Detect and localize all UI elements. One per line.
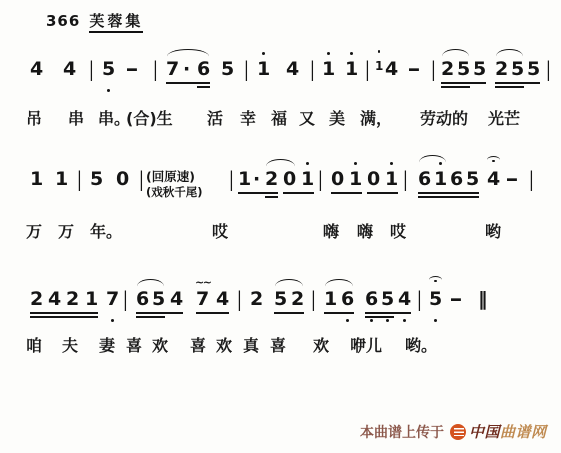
lyric-syllable: 满， [360, 106, 392, 129]
lyric-syllable: 美 [329, 106, 345, 129]
note-digit: 2 [291, 288, 304, 310]
final-barline: ‖ [478, 288, 488, 310]
notation-line: 11|50|(回原速)(戏秋千尾)|1·201|0101|61654-| [0, 168, 561, 210]
beam-line [30, 312, 98, 314]
note-digit: 6 [418, 168, 431, 190]
dash-extension: - [449, 288, 462, 310]
note-digit: 5 [221, 58, 234, 80]
dash-extension: - [505, 168, 518, 190]
lyric-syllable: 哎 [390, 219, 406, 242]
lyric-syllable: 嗨 [323, 219, 339, 242]
sheet-music-page: 366芙蓉集 44|5-|7·65|14|11|14-|255255|吊串串。(… [0, 0, 561, 453]
lyric-syllable: 哎 [212, 219, 228, 242]
page-number: 366 [46, 12, 80, 30]
lyric-syllable: (合)生 [126, 106, 173, 129]
note-digit: 2 [441, 58, 454, 80]
beam-line [418, 196, 479, 198]
beam-line [136, 316, 165, 318]
note-digit: 2 [250, 288, 263, 310]
note-digit: 2 [495, 58, 508, 80]
note-digit: 1 [345, 58, 358, 80]
note-digit: 1 [385, 168, 398, 190]
beam-line [331, 192, 362, 194]
upload-note-text: 本曲谱上传于 [360, 422, 444, 442]
augmentation-dot: · [183, 58, 190, 80]
beam-line [197, 86, 210, 88]
barline: | [403, 168, 408, 190]
note-digit: 4 [286, 58, 299, 80]
beam-line [495, 82, 540, 84]
lyric-syllable: 光芒 [488, 106, 520, 129]
barline: | [237, 288, 242, 310]
watermark: 本曲谱上传于 中国 曲谱网 [360, 421, 547, 442]
fermata-icon [429, 276, 442, 284]
note-digit: 5 [527, 58, 540, 80]
note-digit: 5 [102, 58, 115, 80]
fermata-icon [487, 156, 500, 164]
note-digit: 6 [365, 288, 378, 310]
beam-line [365, 312, 411, 314]
section-label: (戏秋千尾) [146, 185, 203, 199]
beam-line [365, 316, 394, 318]
grace-note: 1 [375, 55, 383, 77]
note-digit: 1 [257, 58, 270, 80]
barline: | [365, 58, 370, 80]
site-name-cn: 中国 [469, 421, 500, 442]
slur-arc [325, 279, 353, 288]
augmentation-dot: · [253, 168, 260, 190]
beam-line [418, 192, 479, 194]
note-digit: 5 [274, 288, 287, 310]
beam-line [441, 82, 486, 84]
lyric-syllable: 喜 [190, 333, 206, 356]
note-digit: 7~~ [196, 288, 209, 310]
lyric-syllable: 年。 [90, 219, 122, 242]
note-digit: 4 [385, 58, 398, 80]
lyric-syllable: 欢 [152, 333, 168, 356]
note-digit: 1 [238, 168, 251, 190]
note-digit: 4 [48, 288, 61, 310]
note-digit: 0 [331, 168, 344, 190]
note-digit: 1 [30, 168, 43, 190]
lyric-syllable: 真 [243, 333, 259, 356]
note-digit: 7 [106, 288, 119, 310]
barline: | [229, 168, 234, 190]
qupu-logo-icon [450, 424, 466, 440]
lyric-syllable: 妻 [99, 333, 115, 356]
beam-line [367, 192, 398, 194]
note-digit: 0 [283, 168, 296, 190]
slur-arc [167, 49, 209, 58]
note-digit: 5 [466, 168, 479, 190]
lyric-syllable: 哟。 [405, 333, 437, 356]
lyric-syllable: 嗨 [357, 219, 373, 242]
site-name-rest: 曲谱网 [500, 421, 547, 442]
note-digit: 6 [136, 288, 149, 310]
note-digit: 4 [398, 288, 411, 310]
barline: | [529, 168, 534, 190]
slur-arc [275, 279, 303, 288]
dash-extension: - [407, 58, 420, 80]
barline: | [139, 168, 144, 190]
lyric-syllable: 欢 [216, 333, 232, 356]
note-digit: 5 [457, 58, 470, 80]
barline: | [89, 58, 94, 80]
note-digit: 0 [367, 168, 380, 190]
lyric-syllable: 喜 [270, 333, 286, 356]
beam-line [495, 86, 524, 88]
note-digit: 5 [511, 58, 524, 80]
lyric-syllable: 劳动的 [420, 106, 468, 129]
lyric-syllable: 福 [271, 106, 287, 129]
collection-header: 366芙蓉集 [46, 10, 143, 31]
note-digit: 4 [487, 168, 500, 190]
beam-line [238, 192, 278, 194]
note-digit: 4 [170, 288, 183, 310]
collection-title: 芙蓉集 [89, 12, 143, 33]
lyric-syllable: 活 [207, 106, 223, 129]
slur-arc [137, 279, 164, 288]
note-digit: 5 [90, 168, 103, 190]
slur-arc [496, 49, 523, 58]
beam-line [166, 82, 210, 84]
beam-line [265, 196, 278, 198]
note-digit: 4 [216, 288, 229, 310]
slur-arc [442, 49, 469, 58]
barline: | [244, 58, 249, 80]
lyric-line: 咱夫妻喜欢喜欢真喜欢咿儿哟。 [0, 333, 561, 355]
note-digit: 6 [341, 288, 354, 310]
lyric-syllable: 咱 [26, 333, 42, 356]
lyric-syllable: 咿儿 [350, 333, 382, 356]
lyric-syllable: 万 [26, 219, 42, 242]
note-digit: 2 [265, 168, 278, 190]
barline: | [546, 58, 551, 80]
slur-arc [419, 155, 446, 164]
beam-line [274, 312, 304, 314]
barline: | [123, 288, 128, 310]
note-digit: 1 [85, 288, 98, 310]
barline: | [153, 58, 158, 80]
tempo-text: (回原速) [146, 169, 203, 185]
note-digit: 2 [30, 288, 43, 310]
lyric-syllable: 万 [58, 219, 74, 242]
notation-line: 24217|6547~~4|252|16654|5-‖ [0, 288, 561, 330]
notation-line: 44|5-|7·65|14|11|14-|255255| [0, 58, 561, 100]
note-digit: 1 [349, 168, 362, 190]
note-digit: 1 [322, 58, 335, 80]
note-digit: 1 [301, 168, 314, 190]
lyric-line: 吊串串。(合)生活幸福又美满，劳动的光芒 [0, 106, 561, 128]
note-digit: 1 [324, 288, 337, 310]
note-digit: 0 [116, 168, 129, 190]
lyric-syllable: 又 [299, 106, 315, 129]
lyric-syllable: 喜 [126, 333, 142, 356]
lyric-syllable: 吊 [26, 106, 42, 129]
beam-line [30, 316, 98, 318]
lyric-syllable: 哟 [485, 219, 501, 242]
barline: | [310, 58, 315, 80]
tempo-marking: (回原速)(戏秋千尾) [146, 169, 203, 199]
barline: | [311, 288, 316, 310]
beam-line [136, 312, 183, 314]
note-digit: 4 [30, 58, 43, 80]
note-digit: 6 [450, 168, 463, 190]
note-digit: 4 [63, 58, 76, 80]
beam-line [196, 312, 229, 314]
lyric-line: 万万年。哎嗨嗨哎哟 [0, 219, 561, 241]
note-digit: 5 [473, 58, 486, 80]
lyric-syllable: 幸 [240, 106, 256, 129]
note-digit: 2 [66, 288, 79, 310]
lyric-syllable: 欢 [313, 333, 329, 356]
barline: | [431, 58, 436, 80]
note-digit: 5 [152, 288, 165, 310]
beam-line [283, 192, 314, 194]
note-digit: 6 [197, 58, 210, 80]
slur-arc [266, 159, 295, 168]
mordent-icon: ~~ [195, 277, 210, 288]
note-digit: 5 [381, 288, 394, 310]
barline: | [77, 168, 82, 190]
note-digit: 1 [434, 168, 447, 190]
barline: | [417, 288, 422, 310]
dash-extension: - [125, 58, 138, 80]
note-digit: 7 [166, 58, 179, 80]
lyric-syllable: 串 [68, 106, 84, 129]
lyric-syllable: 夫 [62, 333, 78, 356]
note-digit: 1 [55, 168, 68, 190]
barline: | [318, 168, 323, 190]
note-digit: 5 [429, 288, 442, 310]
beam-line [324, 312, 354, 314]
beam-line [441, 86, 470, 88]
